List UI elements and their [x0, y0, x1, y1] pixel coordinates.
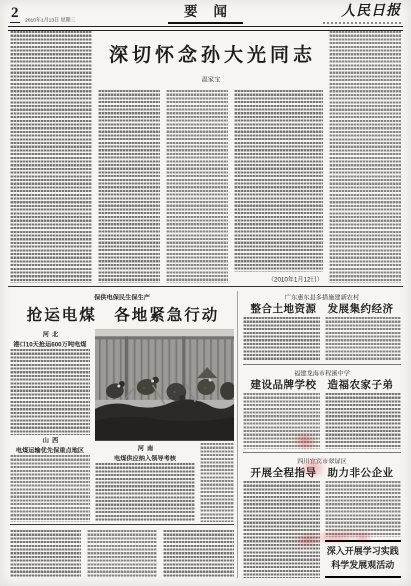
- body-text-block: [325, 393, 402, 449]
- story-body: [243, 317, 401, 361]
- story-divider-rule: [243, 364, 401, 365]
- body-text-block: [325, 481, 402, 537]
- coal-column-2: 河南 电煤供应纳入领导考核: [95, 443, 195, 522]
- main-article-title: 深切怀念孙大光同志: [98, 40, 323, 67]
- body-text-block: [10, 349, 90, 435]
- page-header: 2 2010年1月13日 星期三 要闻 人民日报: [10, 5, 401, 24]
- header-right: 人民日报: [323, 0, 401, 24]
- body-text-block: [10, 455, 90, 522]
- story-title: 整合土地资源 发展集约经济: [243, 301, 401, 317]
- promo-line-2: 科学发展观活动: [325, 559, 402, 573]
- main-article: 深切怀念孙大光同志 温家宝 （2010年1月12日）: [10, 31, 401, 283]
- coal-loading-photo: [95, 329, 234, 441]
- region-lead: 电煤供应纳入领导考核: [95, 452, 195, 463]
- story-body: [243, 393, 401, 449]
- right-story-guangdong: 广东惠东县多措施建新农村 整合土地资源 发展集约经济: [243, 292, 401, 361]
- coal-article: 保供电保民生保生产 抢运电煤 各地紧急行动 河北 港口10天抢运600万吨电煤 …: [10, 292, 234, 522]
- region-lead: 港口10天抢运600万吨电煤: [10, 338, 90, 349]
- section-title: 要闻: [168, 0, 243, 24]
- right-column: 广东惠东县多措施建新农村 整合土地资源 发展集约经济 福建龙海市程溪中学 建设品…: [243, 292, 401, 578]
- body-text-block: [243, 317, 320, 361]
- body-text-block: [98, 90, 160, 283]
- right-story-sichuan: 四川宜宾市翠屏区 开展全程指导 助力非公企业 深入开展学习实践 科学发展观活动: [243, 456, 401, 578]
- body-text-block: [163, 530, 234, 578]
- body-text-block: [325, 317, 402, 361]
- newspaper-page: 2 2010年1月13日 星期三 要闻 人民日报 深切怀念孙大光同志 温家宝 （…: [0, 0, 411, 586]
- story-body: 深入开展学习实践 科学发展观活动: [243, 481, 401, 578]
- campaign-promo-box: 深入开展学习实践 科学发展观活动: [325, 540, 402, 578]
- coal-column-1: 河北 港口10天抢运600万吨电煤 山西 电煤运输优先保重点地区: [10, 329, 90, 522]
- section-divider-rule: [8, 286, 403, 287]
- coal-column-right: 河南 电煤供应纳入领导考核: [95, 329, 234, 522]
- body-text-block: [234, 90, 323, 272]
- main-article-byline: 温家宝: [98, 72, 323, 84]
- story-kicker: 福建龙海市程溪中学: [243, 368, 401, 377]
- body-text-block: [200, 443, 234, 522]
- body-text-block: [10, 530, 81, 578]
- story-kicker: 四川宜宾市翠屏区: [243, 456, 401, 465]
- masthead-logo: 人民日报: [341, 0, 401, 21]
- coal-under-photo: 河南 电煤供应纳入领导考核: [95, 443, 234, 522]
- promo-line-1: 深入开展学习实践: [325, 545, 402, 559]
- body-text-block: [166, 90, 228, 283]
- region-lead: 电煤运输优先保重点地区: [10, 444, 90, 455]
- coal-article-kicker: 保供电保民生保生产: [10, 292, 234, 301]
- main-article-center: 深切怀念孙大光同志 温家宝 （2010年1月12日）: [98, 31, 323, 283]
- body-text-block: [329, 31, 401, 283]
- body-text-block: [243, 481, 320, 578]
- article-end-note: （2010年1月12日）: [234, 273, 323, 283]
- body-text-block: [95, 463, 195, 522]
- story-divider-rule: [243, 452, 401, 453]
- region-subhead: 山西: [10, 435, 90, 444]
- region-subhead: 河南: [95, 443, 195, 452]
- body-text-block: [87, 530, 158, 578]
- story-body-right: 深入开展学习实践 科学发展观活动: [325, 481, 402, 578]
- main-article-body: （2010年1月12日）: [98, 90, 323, 283]
- coal-article-title: 抢运电煤 各地紧急行动: [10, 303, 234, 325]
- region-subhead: 河北: [10, 329, 90, 338]
- body-text-block: [10, 31, 92, 283]
- right-story-fujian: 福建龙海市程溪中学 建设品牌学校 造福农家子弟: [243, 368, 401, 449]
- story-title: 建设品牌学校 造福农家子弟: [243, 377, 401, 393]
- body-text-column: （2010年1月12日）: [234, 90, 323, 283]
- bottom-text-strip: [10, 524, 234, 578]
- column-divider-rule: [237, 291, 238, 578]
- coal-article-body: 河北 港口10天抢运600万吨电煤 山西 电煤运输优先保重点地区: [10, 329, 234, 522]
- body-text-block: [243, 393, 320, 449]
- story-kicker: 广东惠东县多措施建新农村: [243, 292, 401, 301]
- masthead-subline: [323, 22, 401, 24]
- header-rule: [8, 26, 403, 31]
- story-title: 开展全程指导 助力非公企业: [243, 465, 401, 481]
